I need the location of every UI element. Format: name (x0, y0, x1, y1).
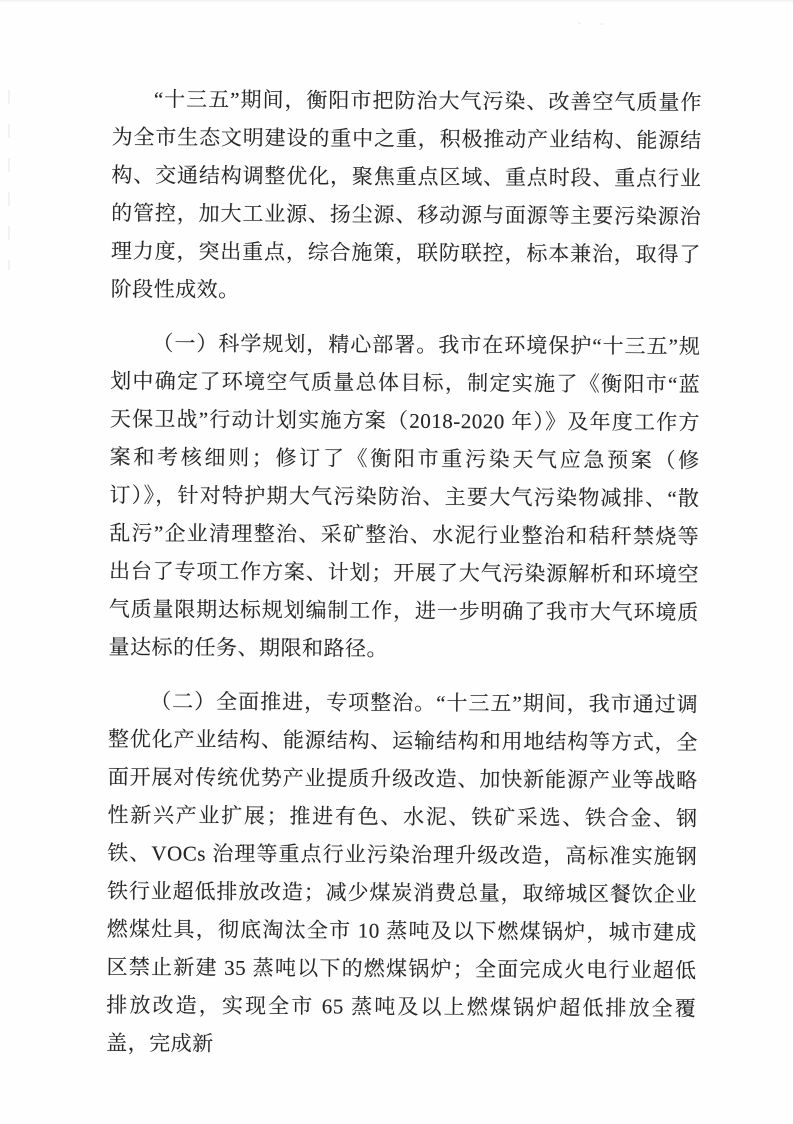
document-body: “十三五”期间，衡阳市把防治大气污染、改善空气质量作为全市生态文明建设的重中之重… (106, 80, 702, 1082)
scan-artifact-top-edge (0, 0, 793, 2)
paragraph-section-2: （二）全面推进，专项整治。“十三五”期间，我市通过调整优化产业结构、能源结构、运… (106, 682, 698, 1066)
paragraph-section-1: （一）科学规划，精心部署。我市在环境保护“十三五”规划中确定了环境空气质量总体目… (108, 324, 700, 670)
paragraph-intro: “十三五”期间，衡阳市把防治大气污染、改善空气质量作为全市生态文明建设的重中之重… (111, 80, 702, 312)
scan-artifact-speck (578, 22, 581, 24)
document-page: “十三五”期间，衡阳市把防治大气污染、改善空气质量作为全市生态文明建设的重中之重… (0, 0, 793, 1124)
scan-artifact-left-edge (8, 90, 10, 270)
